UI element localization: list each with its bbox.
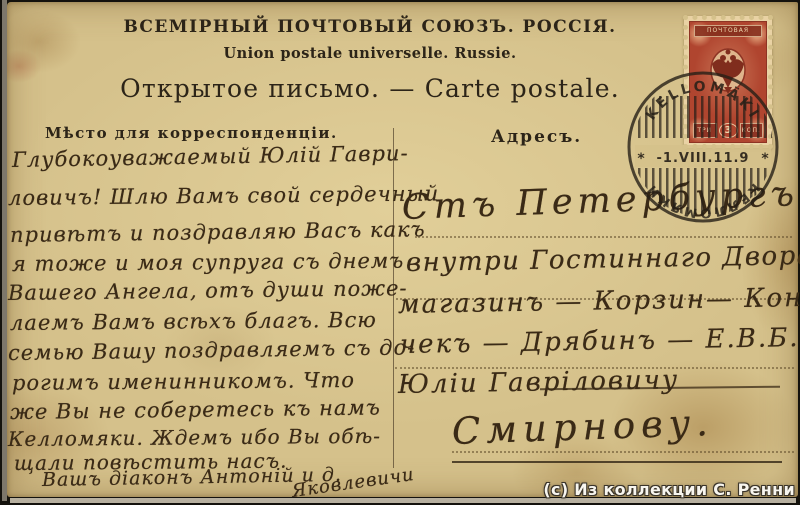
- postmark-star-left: *: [637, 151, 645, 167]
- message-line: я тоже и моя супруга съ днемъ: [12, 249, 404, 276]
- collection-credit: (с) Из коллекции С. Ренни: [543, 480, 795, 499]
- postmark-star-right: *: [761, 151, 769, 167]
- address-label: Адресъ.: [491, 127, 582, 147]
- message-line: ловичъ! Шлю Вамъ свой сердечный: [8, 181, 439, 210]
- message-line: Келломяки. Ждемъ ибо Вы обѣ-: [8, 424, 381, 451]
- kellomaki-postmark: KELLOMÄKI КЕЛЛОМЯКИ -1.VIII.11.9 * *: [597, 41, 800, 253]
- message-line: лаемъ Вамъ всѣхъ благъ. Всю: [10, 308, 377, 335]
- message-line: Вашего Ангела, отъ души поже-: [8, 276, 408, 305]
- stamp-banner-label: ПОЧТОВАЯ МАРКА: [694, 25, 762, 37]
- address-ruled-line: [452, 451, 794, 453]
- correspondence-label: Мѣсто для корреспонденціи.: [45, 124, 338, 142]
- header-upu-russian: ВСЕМІРНЫЙ ПОЧТОВЫЙ СОЮЗЪ. РОССІЯ.: [0, 17, 740, 37]
- postmark-date: -1.VIII.11.9: [657, 151, 750, 166]
- address-line: Смирнову.: [451, 401, 714, 453]
- message-line: рогимъ именинникомъ. Что: [12, 368, 355, 395]
- address-line: Юліи Гавріловичу: [398, 365, 680, 400]
- address-bottom-line: [452, 461, 782, 463]
- message-line: же Вы не соберетесь къ намъ: [10, 395, 381, 424]
